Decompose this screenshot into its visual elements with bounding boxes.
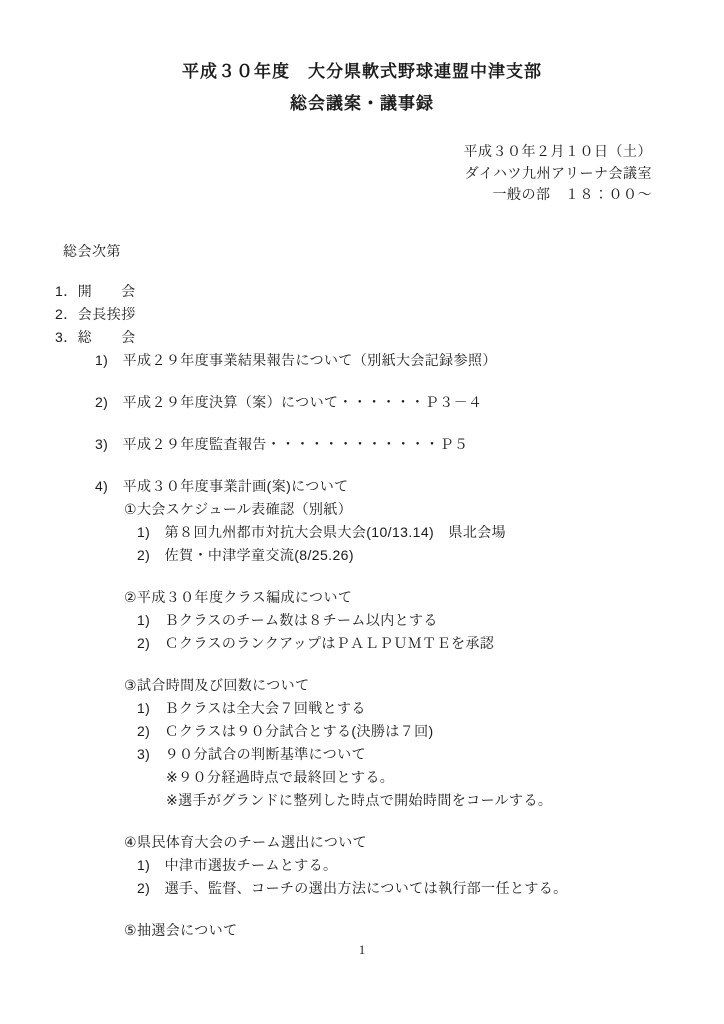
meta-session: 一般の部 １８：００～ xyxy=(0,185,652,207)
doc-line-selection-method: 2) 選手、監督、コーチの選出方法については執行部一任とする。 xyxy=(0,877,724,900)
doc-line-90min-criteria: 3) ９０分試合の判断基準について xyxy=(0,743,724,766)
doc-line-settlement: 2) 平成２９年度決算（案）について・・・・・・Ｐ３－４ xyxy=(0,391,724,414)
agenda-heading: 総会次第 xyxy=(0,240,724,263)
doc-line-bclass-teams: 1) Ｂクラスのチーム数は８チーム以内とする xyxy=(0,609,724,632)
agenda-list: 1．開 会 2．会長挨拶 3．総 会 xyxy=(0,280,724,349)
doc-line-audit-report: 3) 平成２９年度監査報告・・・・・・・・・・・・Ｐ５ xyxy=(0,433,724,456)
doc-line-kyushu-taikai: 1) 第８回九州都市対抗大会県大会(10/13.14) 県北会場 xyxy=(0,521,724,544)
page-number: 1 xyxy=(0,942,724,958)
doc-line-cclass-90min: 2) Ｃクラスは９０分試合とする(決勝は７回) xyxy=(0,720,724,743)
doc-line-lottery: ⑤抽選会について xyxy=(0,919,724,942)
doc-line-game-time: ③試合時間及び回数について xyxy=(0,674,724,697)
doc-line-business-plan: 4) 平成３０年度事業計画(案)について xyxy=(0,475,724,498)
agenda-item-greeting: 2．会長挨拶 xyxy=(0,303,724,326)
doc-line-saga-nakatsu: 2) 佐賀・中津学童交流(8/25.26) xyxy=(0,544,724,567)
agenda-item-opening: 1．開 会 xyxy=(0,280,724,303)
doc-line-class-structure: ②平成３０年度クラス編成について xyxy=(0,586,724,609)
meta-venue: ダイハツ九州アリーナ会議室 xyxy=(0,164,652,186)
meta-block: 平成３０年２月１０日（土） ダイハツ九州アリーナ会議室 一般の部 １８：００～ xyxy=(0,142,724,207)
doc-line-note-start-call: ※選手がグランドに整列した時点で開始時間をコールする。 xyxy=(0,789,724,812)
document-page: 平成３０年度 大分県軟式野球連盟中津支部 総会議案・議事録 平成３０年２月１０日… xyxy=(0,0,724,1024)
doc-line-business-report: 1) 平成２９年度事業結果報告について（別紙大会記録参照） xyxy=(0,349,724,372)
doc-line-schedule-confirm: ①大会スケジュール表確認（別紙） xyxy=(0,498,724,521)
doc-line-bclass-innings: 1) Ｂクラスは全大会７回戦とする xyxy=(0,697,724,720)
page-title: 平成３０年度 大分県軟式野球連盟中津支部 xyxy=(0,63,724,80)
doc-line-nakatsu-senbatsu: 1) 中津市選抜チームとする。 xyxy=(0,854,724,877)
page-subtitle: 総会議案・議事録 xyxy=(0,95,724,112)
doc-line-kenmin-taiiku: ④県民体育大会のチーム選出について xyxy=(0,831,724,854)
agenda-item-general-meeting: 3．総 会 xyxy=(0,326,724,349)
title-block: 平成３０年度 大分県軟式野球連盟中津支部 総会議案・議事録 xyxy=(0,0,724,112)
meta-date: 平成３０年２月１０日（土） xyxy=(0,142,652,164)
document-body: 1) 平成２９年度事業結果報告について（別紙大会記録参照） 2) 平成２９年度決… xyxy=(0,349,724,942)
doc-line-cclass-rankup: 2) ＣクラスのランクアップはＰＡＬＰＵＭＴＥを承認 xyxy=(0,632,724,655)
doc-line-note-final-inning: ※９０分経過時点で最終回とする。 xyxy=(0,766,724,789)
